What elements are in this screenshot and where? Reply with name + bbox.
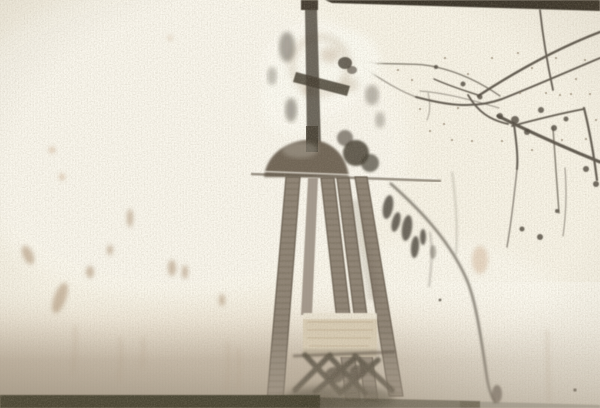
photo-frame [0, 0, 600, 408]
photo [0, 0, 600, 408]
film-grain [0, 0, 600, 408]
